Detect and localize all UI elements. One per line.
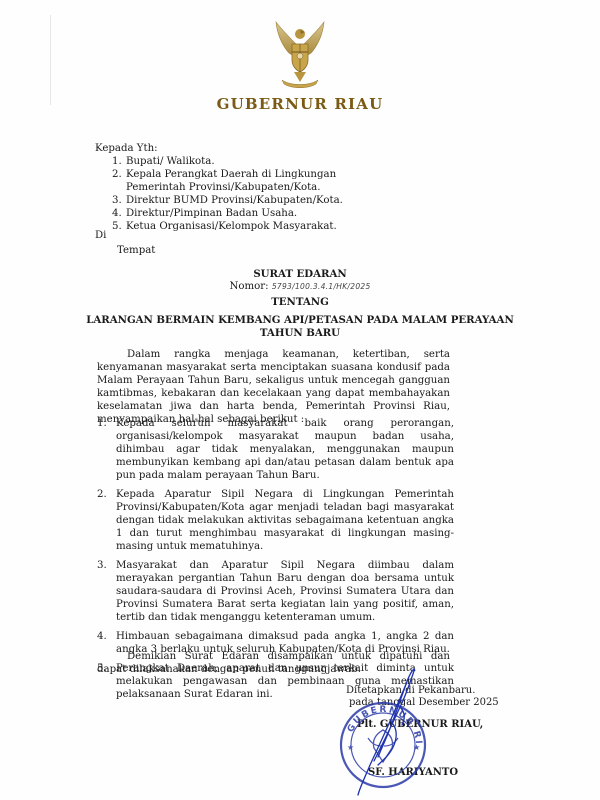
instruction-text: Masyarakat dan Aparatur Sipil Negara dii… — [116, 559, 454, 624]
number-label: Nomor: — [229, 281, 268, 292]
instruction-number: 3. — [97, 559, 116, 624]
recipient-number: 1. — [112, 155, 126, 168]
subject-line-1: LARANGAN BERMAIN KEMBANG API/PETASAN PAD… — [60, 314, 540, 327]
recipient-text: Direktur BUMD Provinsi/Kabupaten/Kota. — [126, 194, 343, 207]
tentang-heading: TENTANG — [60, 296, 540, 308]
recipient-line: Bupati/ Walikota. — [126, 155, 215, 168]
recipient-item: 3.Direktur BUMD Provinsi/Kabupaten/Kota. — [112, 194, 343, 207]
addressee-tempat: Tempat — [117, 245, 155, 256]
recipient-text: Ketua Organisasi/Kelompok Masyarakat. — [126, 220, 337, 233]
recipient-number: 4. — [112, 207, 126, 220]
garuda-pancasila-emblem-icon — [268, 18, 332, 90]
recipient-line: Kepala Perangkat Daerah di Lingkungan — [126, 168, 336, 181]
number-value-handwritten: 5793/100.3.4.1/HK/2025 — [272, 282, 371, 291]
recipient-item: 4.Direktur/Pimpinan Badan Usaha. — [112, 207, 343, 220]
instruction-text: Kepada Aparatur Sipil Negara di Lingkung… — [116, 488, 454, 553]
recipient-list: 1.Bupati/ Walikota.2.Kepala Perangkat Da… — [112, 155, 343, 233]
recipient-number: 2. — [112, 168, 126, 194]
recipient-text: Kepala Perangkat Daerah di LingkunganPem… — [126, 168, 336, 194]
recipient-line: Pemerintah Provinsi/Kabupaten/Kota. — [126, 181, 336, 194]
scan-artifact-line — [50, 15, 51, 105]
instruction-number: 1. — [97, 417, 116, 482]
recipient-line: Direktur/Pimpinan Badan Usaha. — [126, 207, 297, 220]
recipient-number: 5. — [112, 220, 126, 233]
addressee-block: Kepada Yth: 1.Bupati/ Walikota.2.Kepala … — [95, 142, 343, 233]
document-type-title: SURAT EDARAN — [60, 268, 540, 280]
recipient-text: Bupati/ Walikota. — [126, 155, 215, 168]
recipient-item: 2.Kepala Perangkat Daerah di LingkunganP… — [112, 168, 343, 194]
recipient-number: 3. — [112, 194, 126, 207]
recipient-item: 1.Bupati/ Walikota. — [112, 155, 343, 168]
recipient-item: 5.Ketua Organisasi/Kelompok Masyarakat. — [112, 220, 343, 233]
recipient-line: Direktur BUMD Provinsi/Kabupaten/Kota. — [126, 194, 343, 207]
addressee-greeting: Kepada Yth: — [95, 142, 343, 155]
instruction-item: 2.Kepada Aparatur Sipil Negara di Lingku… — [97, 488, 454, 553]
instruction-item: 3.Masyarakat dan Aparatur Sipil Negara d… — [97, 559, 454, 624]
handwritten-signature-icon — [352, 665, 422, 800]
intro-paragraph: Dalam rangka menjaga keamanan, ketertiba… — [97, 348, 450, 426]
subject-line-2: TAHUN BARU — [60, 327, 540, 340]
document-number: Nomor: 5793/100.3.4.1/HK/2025 — [60, 281, 540, 292]
instruction-text: Kepada seluruh masyarakat baik orang per… — [116, 417, 454, 482]
addressee-di: Di — [95, 230, 106, 241]
letter-page: GUBERNUR RIAU Kepada Yth: 1.Bupati/ Wali… — [0, 0, 600, 800]
instruction-item: 1.Kepada seluruh masyarakat baik orang p… — [97, 417, 454, 482]
recipient-line: Ketua Organisasi/Kelompok Masyarakat. — [126, 220, 337, 233]
instruction-number: 2. — [97, 488, 116, 553]
recipient-text: Direktur/Pimpinan Badan Usaha. — [126, 207, 297, 220]
subject-heading: LARANGAN BERMAIN KEMBANG API/PETASAN PAD… — [60, 314, 540, 340]
org-name-heading: GUBERNUR RIAU — [0, 95, 600, 113]
